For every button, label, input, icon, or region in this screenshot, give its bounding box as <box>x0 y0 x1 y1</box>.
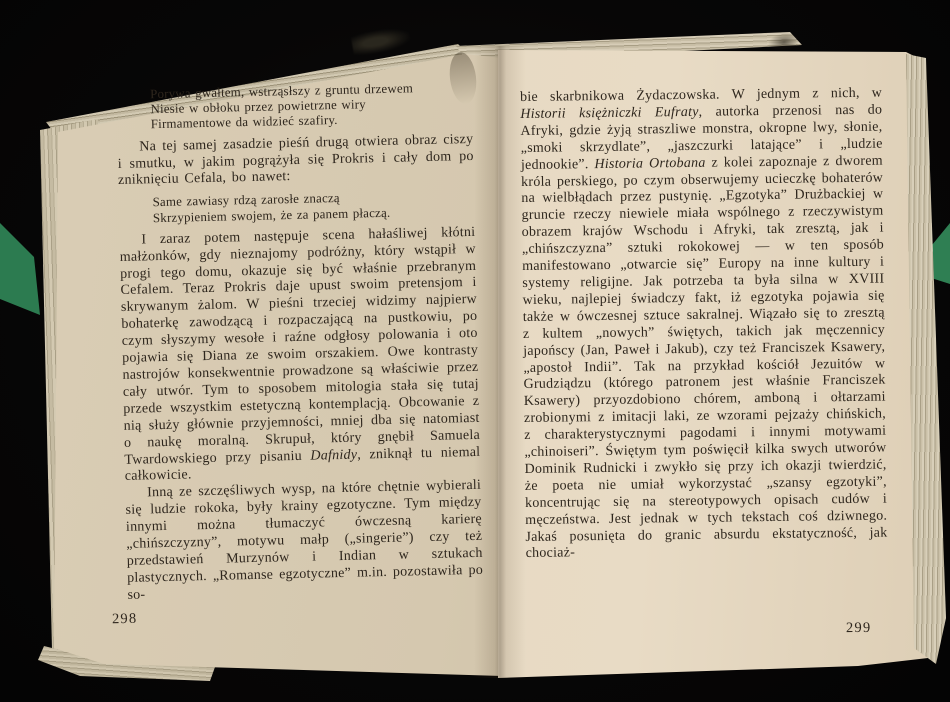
text-run: I zaraz potem następuje scena hałaśliwej… <box>120 225 480 468</box>
paragraph: Na tej samej zasadzie pieśń drugą otwier… <box>117 132 474 191</box>
green-fabric-stripe-left <box>0 215 40 315</box>
italic-book-title: Historii księżniczki Eufraty <box>520 105 699 122</box>
italic-book-title: Dafnidy <box>310 447 357 463</box>
verse-quote-1: Porywa gwałtem, wstrząsłszy z gruntu drz… <box>150 80 473 133</box>
page-curl-shadow <box>767 31 801 53</box>
right-page-text: bie skarbnikowa Żydaczowska. W jednym z … <box>520 86 888 564</box>
text-run: bie skarbnikowa Żydaczowska. W jednym z … <box>520 86 882 105</box>
text-run: z kolei zapoznaje z dworem króla perskie… <box>521 153 887 561</box>
paragraph: I zaraz potem następuje scena hałaśliwej… <box>119 225 481 487</box>
page-number-right: 299 <box>846 620 872 637</box>
verse-quote-2: Same zawiasy rdzą zarosłe znaczą Skrzypi… <box>152 188 475 226</box>
photo-background: Porywa gwałtem, wstrząsłszy z gruntu drz… <box>0 0 950 702</box>
italic-book-title: Historia Ortobana <box>594 155 705 171</box>
paragraph: bie skarbnikowa Żydaczowska. W jednym z … <box>520 86 888 564</box>
page-number-left: 298 <box>112 611 138 629</box>
ink-smudge-mark <box>351 25 412 57</box>
paragraph: Inną ze szczęśliwych wysp, na które chęt… <box>125 478 484 604</box>
left-page-text: Porywa gwałtem, wstrząsłszy z gruntu drz… <box>116 80 484 605</box>
